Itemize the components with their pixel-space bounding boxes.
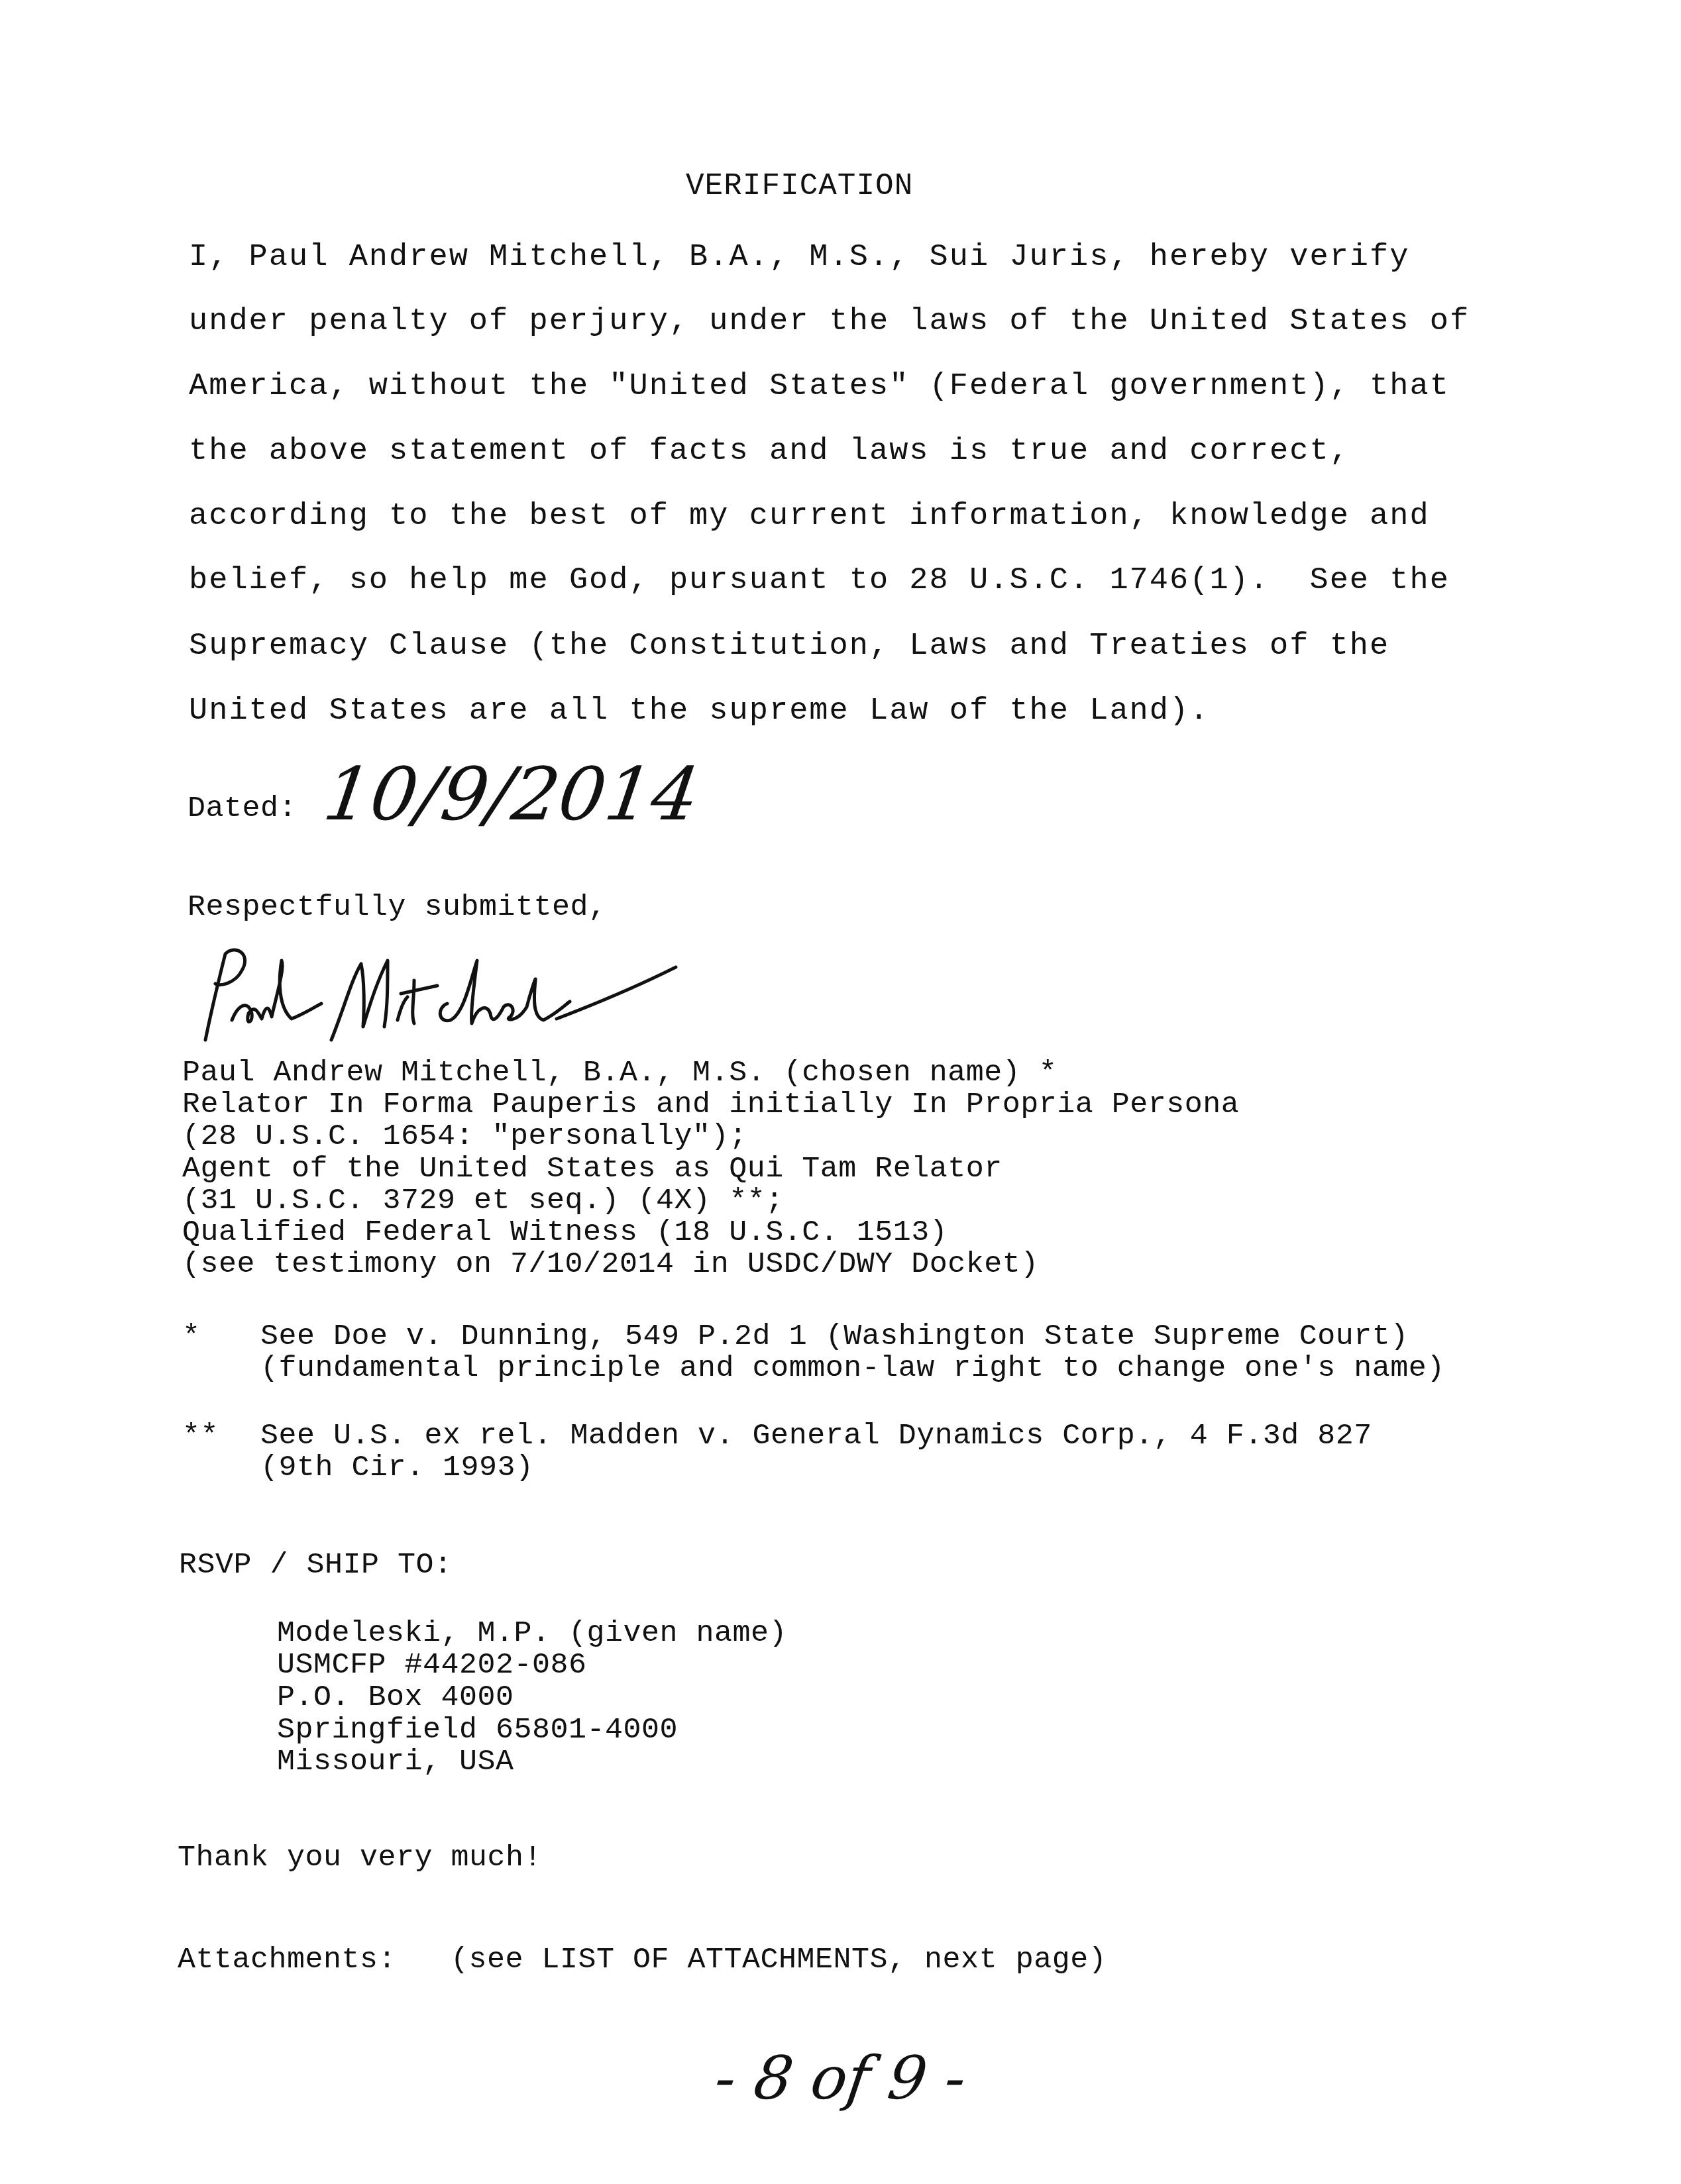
signature-block-line: (28 U.S.C. 1654: "personally"); — [182, 1121, 747, 1151]
signature-block-line: Qualified Federal Witness (18 U.S.C. 151… — [182, 1218, 948, 1247]
signature-block-line: (31 U.S.C. 3729 et seq.) (4X) **; — [182, 1186, 784, 1216]
address-line: Modeleski, M.P. (given name) — [277, 1618, 787, 1648]
signature-block-line: (see testimony on 7/10/2014 in USDC/DWY … — [182, 1249, 1039, 1279]
verification-line: under penalty of perjury, under the laws… — [189, 306, 1470, 337]
signature-block-line: Paul Andrew Mitchell, B.A., M.S. (chosen… — [182, 1058, 1057, 1088]
signature-block-line: Relator In Forma Pauperis and initially … — [182, 1090, 1239, 1119]
address-line: P.O. Box 4000 — [277, 1683, 514, 1712]
verification-line: belief, so help me God, pursuant to 28 U… — [189, 565, 1450, 596]
verification-line: according to the best of my current info… — [189, 501, 1430, 532]
closing-text: Respectfully submitted, — [188, 892, 607, 922]
footnote-line: See Doe v. Dunning, 549 P.2d 1 (Washingt… — [260, 1322, 1409, 1351]
signature-scribble-icon — [186, 941, 689, 1047]
footnote-line: (fundamental principle and common-law ri… — [260, 1353, 1445, 1383]
footnote-marker: ** — [182, 1421, 219, 1451]
rsvp-label: RSVP / SHIP TO: — [179, 1550, 453, 1580]
footnote-line: (9th Cir. 1993) — [260, 1453, 534, 1482]
footnote-line: See U.S. ex rel. Madden v. General Dynam… — [260, 1421, 1372, 1451]
verification-line: the above statement of facts and laws is… — [189, 436, 1350, 467]
footnote-marker: * — [182, 1322, 201, 1351]
document-title: VERIFICATION — [686, 171, 913, 201]
verification-line: I, Paul Andrew Mitchell, B.A., M.S., Sui… — [189, 242, 1409, 273]
handwritten-page-number: - 8 of 9 - — [711, 2044, 971, 2113]
verification-line: United States are all the supreme Law of… — [189, 696, 1209, 727]
dated-label: Dated: — [188, 794, 297, 823]
address-line: Missouri, USA — [277, 1747, 514, 1777]
attachments-label: Attachments: — [178, 1945, 396, 1975]
handwritten-date: 10/9/2014 — [319, 752, 704, 837]
thanks-text: Thank you very much! — [178, 1843, 542, 1873]
signature — [186, 941, 689, 1047]
address-line: USMCFP #44202-086 — [277, 1650, 587, 1680]
signature-block-line: Agent of the United States as Qui Tam Re… — [182, 1154, 1003, 1184]
attachments-value: (see LIST OF ATTACHMENTS, next page) — [451, 1945, 1107, 1975]
verification-line: Supremacy Clause (the Constitution, Laws… — [189, 631, 1389, 662]
address-line: Springfield 65801-4000 — [277, 1715, 678, 1745]
verification-line: America, without the "United States" (Fe… — [189, 371, 1450, 402]
